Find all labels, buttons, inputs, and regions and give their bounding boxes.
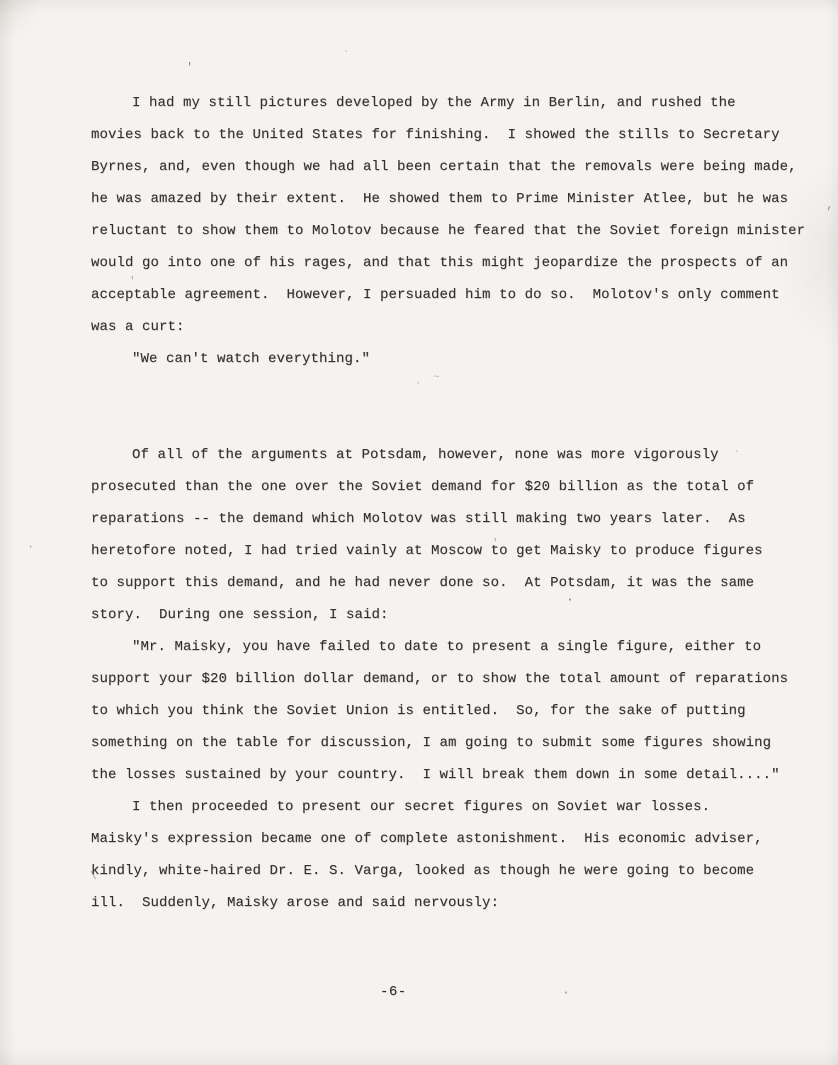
text-line [91, 375, 821, 407]
text-line: to support this demand, and he had never… [91, 567, 821, 599]
text-line: reparations -- the demand which Molotov … [91, 503, 821, 535]
text-line: I then proceeded to present our secret f… [91, 791, 821, 823]
text-line [91, 407, 821, 439]
text-line: he was amazed by their extent. He showed… [91, 183, 821, 215]
text-line: something on the table for discussion, I… [91, 727, 821, 759]
scan-artifact: · [343, 48, 349, 58]
text-line: prosecuted than the one over the Soviet … [91, 471, 821, 503]
text-line: story. During one session, I said: [91, 599, 821, 631]
text-line: to which you think the Soviet Union is e… [91, 695, 821, 727]
scanned-document-page: I had my still pictures developed by the… [0, 0, 838, 1065]
text-line: Byrnes, and, even though we had all been… [91, 151, 821, 183]
text-line: was a curt: [91, 311, 821, 343]
text-line: acceptable agreement. However, I persuad… [91, 279, 821, 311]
typed-text: I had my still pictures developed by the… [91, 87, 821, 919]
text-line: Of all of the arguments at Potsdam, howe… [91, 439, 821, 471]
text-line: would go into one of his rages, and that… [91, 247, 821, 279]
text-line: the losses sustained by your country. I … [91, 759, 821, 791]
text-line: kindly, white-haired Dr. E. S. Varga, lo… [91, 855, 821, 887]
text-line: I had my still pictures developed by the… [91, 87, 821, 119]
text-line: ill. Suddenly, Maisky arose and said ner… [91, 887, 821, 919]
text-line: support your $20 billion dollar demand, … [91, 663, 821, 695]
text-line: Maisky's expression became one of comple… [91, 823, 821, 855]
text-line: "We can't watch everything." [91, 343, 821, 375]
scan-artifact: ' [186, 62, 193, 74]
scan-artifact: , [826, 198, 834, 211]
text-line: heretofore noted, I had tried vainly at … [91, 535, 821, 567]
scan-artifact: · [27, 541, 34, 553]
text-line: reluctant to show them to Molotov becaus… [91, 215, 821, 247]
page-number: -6- [380, 976, 407, 1008]
text-line: "Mr. Maisky, you have failed to date to … [91, 631, 821, 663]
scan-artifact: · [562, 986, 570, 999]
text-line: movies back to the United States for fin… [91, 119, 821, 151]
